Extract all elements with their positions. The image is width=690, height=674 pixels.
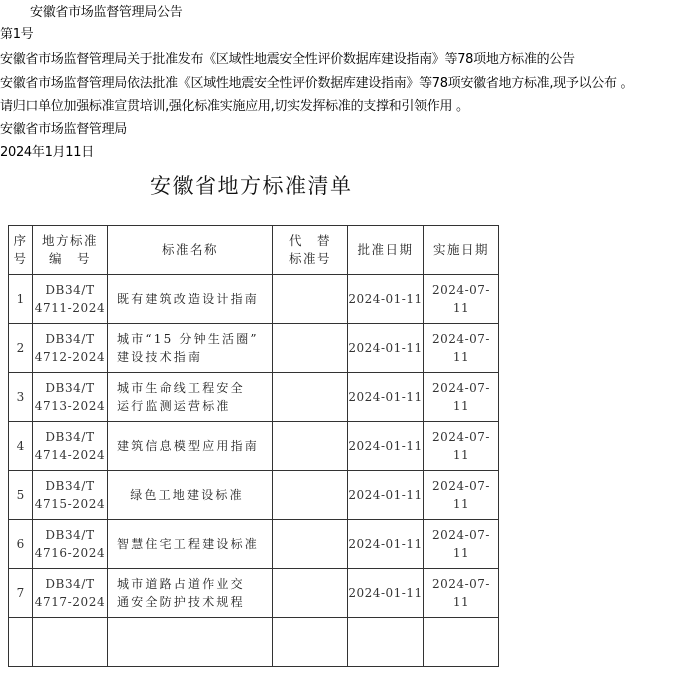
row-name-line1: 城市“15 分钟生活圈”: [117, 330, 266, 348]
row-name: 建筑信息模型应用指南: [108, 422, 273, 471]
row-code-line2: 4713-2024: [33, 397, 107, 415]
row-effective-date: 2024-07-11: [424, 569, 499, 618]
row-code-line2: 4716-2024: [33, 544, 107, 562]
row-code: DB34/T 4717-2024: [33, 569, 108, 618]
header-seq-line1: 序: [9, 232, 32, 250]
row-code: DB34/T 4713-2024: [33, 373, 108, 422]
row-code: DB34/T 4715-2024: [33, 471, 108, 520]
header-name: 标准名称: [108, 226, 273, 275]
row-code-line1: DB34/T: [33, 526, 107, 544]
row-approval-date: 2024-01-11: [348, 373, 424, 422]
row-name-line2: 建设技术指南: [117, 348, 266, 366]
row-name: 绿色工地建设标准: [108, 471, 273, 520]
row-name-line1: 城市道路占道作业交: [117, 575, 266, 593]
row-code-line2: 4712-2024: [33, 348, 107, 366]
row-name-line1: 智慧住宅工程建设标准: [117, 535, 266, 553]
issue-number: 第1号: [0, 27, 33, 43]
row-effective-date: 2024-07-11: [424, 422, 499, 471]
row-approval-date: 2024-01-11: [348, 520, 424, 569]
header-replaces-line2: 标准号: [273, 250, 347, 268]
announcement-title: 安徽省市场监督管理局关于批准发布《区域性地震安全性评价数据库建设指南》等78项地…: [0, 52, 575, 68]
row-approval-date: 2024-01-11: [348, 324, 424, 373]
row-seq: 3: [9, 373, 33, 422]
table-row-empty: [9, 618, 499, 667]
row-effective-date: 2024-07-11: [424, 373, 499, 422]
row-seq: 2: [9, 324, 33, 373]
row-replaces: [273, 471, 348, 520]
empty-cell: [348, 618, 424, 667]
row-effective-date: 2024-07-11: [424, 520, 499, 569]
row-code-line2: 4715-2024: [33, 495, 107, 513]
empty-cell: [33, 618, 108, 667]
row-effective-date: 2024-07-11: [424, 324, 499, 373]
header-effective-date-label: 实施日期: [424, 241, 498, 259]
row-code-line2: 4717-2024: [33, 593, 107, 611]
empty-cell: [273, 618, 348, 667]
row-name-line2: 通安全防护技术规程: [117, 593, 266, 611]
row-name-line1: 建筑信息模型应用指南: [117, 437, 266, 455]
header-code-line2: 编 号: [33, 250, 107, 268]
row-replaces: [273, 520, 348, 569]
empty-cell: [108, 618, 273, 667]
row-code-line1: DB34/T: [33, 379, 107, 397]
table-row: 2 DB34/T 4712-2024 城市“15 分钟生活圈” 建设技术指南 2…: [9, 324, 499, 373]
announcement-body-line2: 请归口单位加强标准宣贯培训,强化标准实施应用,切实发挥标准的支撑和引领作用 。: [0, 99, 469, 115]
row-code: DB34/T 4712-2024: [33, 324, 108, 373]
row-seq: 1: [9, 275, 33, 324]
row-replaces: [273, 324, 348, 373]
row-code-line2: 4711-2024: [33, 299, 107, 317]
row-approval-date: 2024-01-11: [348, 471, 424, 520]
row-name: 城市“15 分钟生活圈” 建设技术指南: [108, 324, 273, 373]
row-effective-date: 2024-07-11: [424, 275, 499, 324]
row-code: DB34/T 4714-2024: [33, 422, 108, 471]
table-row: 5 DB34/T 4715-2024 绿色工地建设标准 2024-01-11 2…: [9, 471, 499, 520]
row-seq: 4: [9, 422, 33, 471]
row-name-line1: 既有建筑改造设计指南: [117, 290, 266, 308]
row-replaces: [273, 275, 348, 324]
row-seq: 5: [9, 471, 33, 520]
header-approval-date: 批准日期: [348, 226, 424, 275]
row-replaces: [273, 373, 348, 422]
row-approval-date: 2024-01-11: [348, 422, 424, 471]
header-name-label: 标准名称: [108, 241, 272, 259]
table-header-row: 序 号 地方标准 编 号 标准名称 代 替 标准号 批准日期 实施日期: [9, 226, 499, 275]
row-code-line1: DB34/T: [33, 477, 107, 495]
header-seq-line2: 号: [9, 250, 32, 268]
empty-cell: [9, 618, 33, 667]
standards-list-title: 安徽省地方标准清单: [150, 170, 353, 200]
table-row: 3 DB34/T 4713-2024 城市生命线工程安全 运行监测运营标准 20…: [9, 373, 499, 422]
row-seq: 7: [9, 569, 33, 618]
row-name-line2: 运行监测运营标准: [117, 397, 266, 415]
row-code: DB34/T 4716-2024: [33, 520, 108, 569]
header-approval-date-label: 批准日期: [348, 241, 423, 259]
table-row: 7 DB34/T 4717-2024 城市道路占道作业交 通安全防护技术规程 2…: [9, 569, 499, 618]
standards-table: 序 号 地方标准 编 号 标准名称 代 替 标准号 批准日期 实施日期 1: [8, 225, 499, 667]
row-name: 城市道路占道作业交 通安全防护技术规程: [108, 569, 273, 618]
header-seq: 序 号: [9, 226, 33, 275]
header-replaces: 代 替 标准号: [273, 226, 348, 275]
row-seq: 6: [9, 520, 33, 569]
row-approval-date: 2024-01-11: [348, 569, 424, 618]
row-replaces: [273, 422, 348, 471]
row-name: 智慧住宅工程建设标准: [108, 520, 273, 569]
header-code: 地方标准 编 号: [33, 226, 108, 275]
signer: 安徽省市场监督管理局: [0, 122, 127, 138]
announcement-date: 2024年1月11日: [0, 145, 94, 161]
row-approval-date: 2024-01-11: [348, 275, 424, 324]
table-row: 6 DB34/T 4716-2024 智慧住宅工程建设标准 2024-01-11…: [9, 520, 499, 569]
row-code-line1: DB34/T: [33, 428, 107, 446]
row-name-line1: 绿色工地建设标准: [108, 486, 266, 504]
row-code-line1: DB34/T: [33, 330, 107, 348]
row-code-line1: DB34/T: [33, 281, 107, 299]
empty-cell: [424, 618, 499, 667]
row-name-line1: 城市生命线工程安全: [117, 379, 266, 397]
announcement-body-line1: 安徽省市场监督管理局依法批准《区域性地震安全性评价数据库建设指南》等78项安徽省…: [0, 76, 633, 92]
header-code-line1: 地方标准: [33, 232, 107, 250]
row-code: DB34/T 4711-2024: [33, 275, 108, 324]
announcement-header: 安徽省市场监督管理局公告: [30, 5, 182, 21]
header-effective-date: 实施日期: [424, 226, 499, 275]
row-replaces: [273, 569, 348, 618]
row-name: 既有建筑改造设计指南: [108, 275, 273, 324]
table-row: 4 DB34/T 4714-2024 建筑信息模型应用指南 2024-01-11…: [9, 422, 499, 471]
row-effective-date: 2024-07-11: [424, 471, 499, 520]
row-code-line2: 4714-2024: [33, 446, 107, 464]
table-row: 1 DB34/T 4711-2024 既有建筑改造设计指南 2024-01-11…: [9, 275, 499, 324]
row-name: 城市生命线工程安全 运行监测运营标准: [108, 373, 273, 422]
row-code-line1: DB34/T: [33, 575, 107, 593]
header-replaces-line1: 代 替: [273, 232, 347, 250]
